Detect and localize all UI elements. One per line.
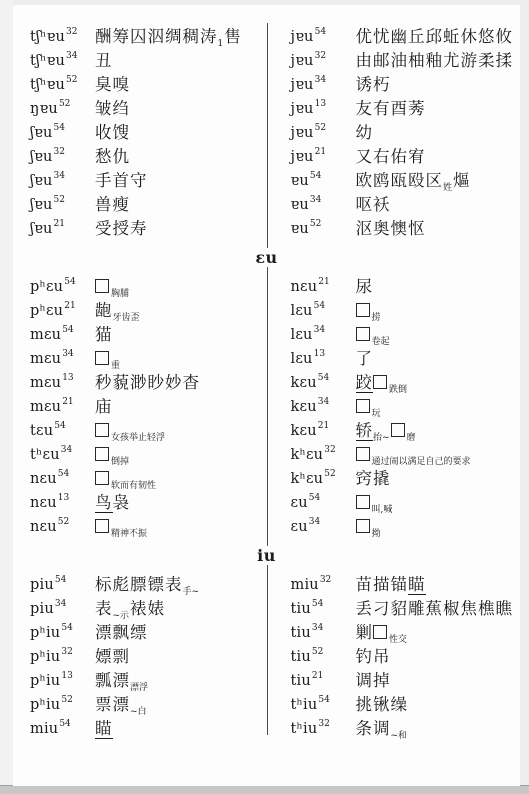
tone-number: 52 bbox=[54, 195, 65, 205]
gloss-note: ~白 bbox=[130, 707, 147, 717]
rhyme-header-eu-label: ɛu bbox=[247, 248, 285, 267]
gloss-note: 胸脯 bbox=[111, 289, 129, 299]
gloss-note: 女孩举止轻浮 bbox=[111, 433, 165, 443]
tone-number: 13 bbox=[62, 373, 73, 383]
entry-row: ʃɐu21受授寿 bbox=[30, 217, 267, 241]
undefined-character-box bbox=[356, 303, 370, 317]
entry-row: ɛu54叫,喊 bbox=[291, 491, 521, 515]
entry-row: ɐu34呕袄 bbox=[291, 193, 521, 217]
tone-number: 32 bbox=[324, 445, 335, 455]
entry-row: mɛu13秒藐渺眇妙杳 bbox=[30, 371, 267, 395]
phonetic-transcription: tiu54 bbox=[291, 597, 356, 621]
character-list: 剿性交 bbox=[356, 621, 409, 645]
character-list: 拗 bbox=[356, 515, 382, 539]
characters: 轿 bbox=[356, 421, 374, 441]
character-list: 条调~和 bbox=[356, 717, 409, 741]
phonetic-transcription: tiu21 bbox=[291, 669, 356, 693]
character-list: 沤奥懊怄 bbox=[356, 217, 426, 241]
entry-row: ʃɐu32愁仇 bbox=[30, 145, 267, 169]
characters: 剿 bbox=[356, 623, 374, 642]
tone-number: 54 bbox=[318, 373, 329, 383]
tone-number: 21 bbox=[312, 671, 323, 681]
phonetic-transcription: ŋɐu52 bbox=[30, 97, 95, 121]
undefined-character-box bbox=[373, 625, 387, 639]
phonetic-transcription: tʰɛu34 bbox=[30, 443, 95, 467]
undefined-character-box bbox=[356, 519, 370, 533]
tone-number: 21 bbox=[315, 147, 326, 157]
phonetic-transcription: pʰɛu54 bbox=[30, 275, 95, 299]
character-list: 受授寿 bbox=[95, 217, 148, 241]
entry-row: nɛu54软而有韧性 bbox=[30, 467, 267, 491]
character-list: 丑 bbox=[95, 49, 113, 73]
gloss-note: 磨 bbox=[407, 433, 416, 443]
tone-number: 52 bbox=[66, 75, 77, 85]
entry-row: tʃʰɐu32酬筹囚泅绸稠涛1售 bbox=[30, 25, 267, 49]
tone-number: 52 bbox=[312, 647, 323, 657]
gloss-note: ~示 bbox=[113, 611, 130, 621]
entry-row: ɐu52沤奥懊怄 bbox=[291, 217, 521, 241]
tone-number: 52 bbox=[324, 469, 335, 479]
entry-row: lɛu34卷起 bbox=[291, 323, 521, 347]
entry-row: nɛu13鸟袅 bbox=[30, 491, 267, 515]
tone-number: 52 bbox=[310, 219, 321, 229]
characters: 欧鸥瓯殴区 bbox=[356, 171, 444, 190]
scan-edge-right bbox=[520, 0, 529, 794]
rhyme-header-iu-label: iu bbox=[249, 546, 284, 565]
tone-number: 34 bbox=[66, 51, 77, 61]
phonetic-transcription: ɐu34 bbox=[291, 193, 356, 217]
phonetic-transcription: lɛu34 bbox=[291, 323, 356, 347]
tone-number: 54 bbox=[55, 575, 66, 585]
left-column: pʰɛu54胸脯pʰɛu21龅牙齿歪mɛu54猫mɛu34重mɛu13秒藐渺眇妙… bbox=[13, 275, 267, 539]
characters: 秒藐渺眇妙杳 bbox=[95, 373, 200, 392]
entry-row: kʰɛu32通过闹以满足自己的要求 bbox=[291, 443, 521, 467]
left-column: piu54标彪膘镖表手~piu34表~示裱婊pʰiu54漂飘缥pʰiu32嫖剽p… bbox=[13, 573, 267, 741]
phonetic-transcription: tʃʰɐu52 bbox=[30, 73, 95, 97]
tone-number: 34 bbox=[314, 325, 325, 335]
character-list: 捞 bbox=[356, 299, 382, 323]
characters: 尿 bbox=[356, 277, 374, 296]
entry-row: jɐu52幼 bbox=[291, 121, 521, 145]
characters: 调掉 bbox=[356, 671, 391, 690]
tone-number: 34 bbox=[61, 445, 72, 455]
undefined-character-box bbox=[373, 375, 387, 389]
entry-row: piu54标彪膘镖表手~ bbox=[30, 573, 267, 597]
rhyme-header-iu: iu bbox=[13, 545, 520, 567]
gloss-note: 姓 bbox=[443, 183, 452, 193]
character-list: 友有酉莠 bbox=[356, 97, 426, 121]
tone-number: 54 bbox=[62, 325, 73, 335]
character-list: 苗描锚瞄 bbox=[356, 573, 426, 597]
undefined-character-box bbox=[356, 327, 370, 341]
characters: 兽瘦 bbox=[95, 195, 130, 214]
character-list: 调掉 bbox=[356, 669, 391, 693]
tone-number: 54 bbox=[54, 123, 65, 133]
entry-row: ŋɐu52皱绉 bbox=[30, 97, 267, 121]
phonetic-transcription: miu54 bbox=[30, 717, 95, 741]
entry-row: tiu52钓吊 bbox=[291, 645, 521, 669]
phonetic-transcription: nɛu54 bbox=[30, 467, 95, 491]
rhyme-header-eu: ɛu bbox=[13, 247, 520, 269]
tone-number: 52 bbox=[61, 695, 72, 705]
characters: 售 bbox=[224, 27, 242, 46]
tone-number: 34 bbox=[315, 75, 326, 85]
characters: 诱朽 bbox=[356, 75, 391, 94]
characters: 酬筹囚泅绸稠涛 bbox=[95, 27, 218, 46]
characters: 由邮油柚釉尤游柔揉 bbox=[356, 51, 514, 70]
phonetic-transcription: tʰiu32 bbox=[291, 717, 356, 741]
character-list: 通过闹以满足自己的要求 bbox=[356, 443, 472, 467]
character-list: 卷起 bbox=[356, 323, 391, 347]
phonetic-transcription: pʰɛu21 bbox=[30, 299, 95, 323]
gloss-note: 跌倒 bbox=[389, 385, 407, 395]
gloss-note: 漂浮 bbox=[130, 683, 148, 693]
tone-number: 34 bbox=[318, 397, 329, 407]
phonetic-transcription: nɛu13 bbox=[30, 491, 95, 515]
tone-number: 54 bbox=[54, 421, 65, 431]
characters: 龅 bbox=[95, 301, 113, 320]
tone-number: 21 bbox=[318, 421, 329, 431]
phonetic-transcription: ɐu52 bbox=[291, 217, 356, 241]
characters: 漂飘缥 bbox=[95, 623, 148, 642]
character-list: 了 bbox=[356, 347, 374, 371]
phonetic-transcription: pʰiu54 bbox=[30, 621, 95, 645]
phonetic-transcription: kʰɛu32 bbox=[291, 443, 356, 467]
entry-row: kɛu54跤跌倒 bbox=[291, 371, 521, 395]
character-list: 诱朽 bbox=[356, 73, 391, 97]
gloss-note: 1 bbox=[218, 39, 224, 49]
phonetic-transcription: tiu52 bbox=[291, 645, 356, 669]
character-list: 呕袄 bbox=[356, 193, 391, 217]
gloss-note: 捞 bbox=[372, 313, 381, 323]
phonetic-transcription: miu32 bbox=[291, 573, 356, 597]
characters: 裱婊 bbox=[130, 599, 165, 618]
gloss-note: 通过闹以满足自己的要求 bbox=[372, 457, 471, 467]
character-list: 票漂~白 bbox=[95, 693, 148, 717]
phonetic-transcription: jɐu13 bbox=[291, 97, 356, 121]
entry-row: tʰiu54挑锹缲 bbox=[291, 693, 521, 717]
phonetic-transcription: kɛu54 bbox=[291, 371, 356, 395]
character-list: 幼 bbox=[356, 121, 374, 145]
tone-number: 13 bbox=[315, 99, 326, 109]
tone-number: 34 bbox=[312, 623, 323, 633]
phonetic-transcription: jɐu32 bbox=[291, 49, 356, 73]
phonetic-transcription: jɐu34 bbox=[291, 73, 356, 97]
phonetic-transcription: tʃʰɐu34 bbox=[30, 49, 95, 73]
phonetic-transcription: kʰɛu52 bbox=[291, 467, 356, 491]
characters: 愁仇 bbox=[95, 147, 130, 166]
gloss-note: 卷起 bbox=[372, 337, 390, 347]
tone-number: 21 bbox=[62, 397, 73, 407]
characters: 丢刁貂雕蕉椒焦樵瞧 bbox=[356, 599, 514, 618]
gloss-note: 叫,喊 bbox=[372, 505, 393, 515]
undefined-character-box bbox=[356, 495, 370, 509]
phonetic-transcription: tʃʰɐu32 bbox=[30, 25, 95, 49]
phonetic-transcription: ʃɐu21 bbox=[30, 217, 95, 241]
entry-row: tiu54丢刁貂雕蕉椒焦樵瞧 bbox=[291, 597, 521, 621]
entry-row: ɛu34拗 bbox=[291, 515, 521, 539]
phonetic-transcription: pʰiu32 bbox=[30, 645, 95, 669]
phonetic-transcription: pʰiu52 bbox=[30, 693, 95, 717]
tone-number: 34 bbox=[310, 195, 321, 205]
gloss-note: ~和 bbox=[391, 731, 408, 741]
entry-row: mɛu21庙 bbox=[30, 395, 267, 419]
phonetic-transcription: ɛu34 bbox=[291, 515, 356, 539]
gloss-note: 精神不振 bbox=[111, 529, 147, 539]
undefined-character-box bbox=[95, 279, 109, 293]
character-list: 庙 bbox=[95, 395, 113, 419]
undefined-character-box bbox=[95, 447, 109, 461]
tone-number: 54 bbox=[309, 493, 320, 503]
entry-row: mɛu54猫 bbox=[30, 323, 267, 347]
phonetic-transcription: lɛu54 bbox=[291, 299, 356, 323]
phonetic-transcription: ʃɐu34 bbox=[30, 169, 95, 193]
characters: 又右佑宥 bbox=[356, 147, 426, 166]
phonetic-transcription: ʃɐu52 bbox=[30, 193, 95, 217]
entry-row: tʃʰɐu34丑 bbox=[30, 49, 267, 73]
character-list: 挑锹缲 bbox=[356, 693, 409, 717]
entry-row: pʰiu32嫖剽 bbox=[30, 645, 267, 669]
tone-number: 34 bbox=[62, 349, 73, 359]
character-list: 嫖剽 bbox=[95, 645, 130, 669]
dictionary-page: tʃʰɐu32酬筹囚泅绸稠涛1售tʃʰɐu34丑tʃʰɐu52臭嗅ŋɐu52皱绉… bbox=[0, 0, 529, 794]
entry-row: tiu21调掉 bbox=[291, 669, 521, 693]
phonetic-transcription: nɛu21 bbox=[291, 275, 356, 299]
left-column: tʃʰɐu32酬筹囚泅绸稠涛1售tʃʰɐu34丑tʃʰɐu52臭嗅ŋɐu52皱绉… bbox=[13, 25, 267, 241]
entry-row: nɛu21尿 bbox=[291, 275, 521, 299]
tone-number: 54 bbox=[59, 719, 70, 729]
character-list: 女孩举止轻浮 bbox=[95, 419, 166, 443]
entry-row: pʰiu13瓢漂漂浮 bbox=[30, 669, 267, 693]
characters: 皱绉 bbox=[95, 99, 130, 118]
characters: 袅 bbox=[113, 493, 131, 512]
characters: 友有酉莠 bbox=[356, 99, 426, 118]
character-list: 龅牙齿歪 bbox=[95, 299, 141, 323]
undefined-character-box bbox=[95, 471, 109, 485]
character-list: 软而有韧性 bbox=[95, 467, 157, 491]
characters: 了 bbox=[356, 349, 374, 368]
tone-number: 32 bbox=[54, 147, 65, 157]
characters: 跤 bbox=[356, 373, 374, 393]
character-list: 丢刁貂雕蕉椒焦樵瞧 bbox=[356, 597, 514, 621]
entry-row: pʰɛu21龅牙齿歪 bbox=[30, 299, 267, 323]
characters: 挑锹缲 bbox=[356, 695, 409, 714]
gloss-note: 玩 bbox=[372, 409, 381, 419]
character-list: 皱绉 bbox=[95, 97, 130, 121]
undefined-character-box bbox=[356, 447, 370, 461]
characters: 丑 bbox=[95, 51, 113, 70]
phonetic-transcription: tɛu54 bbox=[30, 419, 95, 443]
entry-row: kʰɛu52窍撬 bbox=[291, 467, 521, 491]
tone-number: 21 bbox=[318, 277, 329, 287]
character-list: 玩 bbox=[356, 395, 382, 419]
tone-number: 34 bbox=[55, 599, 66, 609]
characters: 表 bbox=[95, 599, 113, 618]
character-list: 愁仇 bbox=[95, 145, 130, 169]
character-list: 重 bbox=[95, 347, 121, 371]
scan-edge-left bbox=[0, 0, 13, 794]
tone-number: 34 bbox=[54, 171, 65, 181]
entry-row: pʰiu52票漂~白 bbox=[30, 693, 267, 717]
phonetic-transcription: ɛu54 bbox=[291, 491, 356, 515]
right-column: miu32苗描锚瞄tiu54丢刁貂雕蕉椒焦樵瞧tiu34剿性交tiu52钓吊ti… bbox=[267, 573, 521, 741]
tone-number: 21 bbox=[64, 301, 75, 311]
character-list: 鸟袅 bbox=[95, 491, 130, 515]
tone-number: 54 bbox=[312, 599, 323, 609]
character-list: 手首守 bbox=[95, 169, 148, 193]
characters: 收馊 bbox=[95, 123, 130, 142]
entry-row: tiu34剿性交 bbox=[291, 621, 521, 645]
entry-row: lɛu13了 bbox=[291, 347, 521, 371]
gloss-note: 倒掉 bbox=[111, 457, 129, 467]
phonetic-transcription: mɛu54 bbox=[30, 323, 95, 347]
character-list: 瞄 bbox=[95, 717, 113, 741]
tone-number: 32 bbox=[66, 27, 77, 37]
undefined-character-box bbox=[391, 423, 405, 437]
gloss-note: 手~ bbox=[183, 587, 200, 597]
character-list: 秒藐渺眇妙杳 bbox=[95, 371, 200, 395]
section-au-continued: tʃʰɐu32酬筹囚泅绸稠涛1售tʃʰɐu34丑tʃʰɐu52臭嗅ŋɐu52皱绉… bbox=[13, 5, 520, 241]
phonetic-transcription: mɛu21 bbox=[30, 395, 95, 419]
characters: 猫 bbox=[95, 325, 113, 344]
character-list: 叫,喊 bbox=[356, 491, 394, 515]
phonetic-transcription: kɛu34 bbox=[291, 395, 356, 419]
character-list: 由邮油柚釉尤游柔揉 bbox=[356, 49, 514, 73]
tone-number: 13 bbox=[314, 349, 325, 359]
character-list: 胸脯 bbox=[95, 275, 130, 299]
entry-row: tʃʰɐu52臭嗅 bbox=[30, 73, 267, 97]
character-list: 酬筹囚泅绸稠涛1售 bbox=[95, 25, 242, 49]
characters: 瞄 bbox=[408, 575, 426, 595]
phonetic-transcription: lɛu13 bbox=[291, 347, 356, 371]
character-list: 表~示裱婊 bbox=[95, 597, 165, 621]
undefined-character-box bbox=[356, 399, 370, 413]
phonetic-transcription: pʰiu13 bbox=[30, 669, 95, 693]
character-list: 漂飘缥 bbox=[95, 621, 148, 645]
tone-number: 34 bbox=[309, 517, 320, 527]
entry-row: lɛu54捞 bbox=[291, 299, 521, 323]
gloss-note: 软而有韧性 bbox=[111, 481, 156, 491]
character-list: 倒掉 bbox=[95, 443, 130, 467]
characters: 票漂 bbox=[95, 695, 130, 714]
tone-number: 54 bbox=[310, 171, 321, 181]
entry-row: piu34表~示裱婊 bbox=[30, 597, 267, 621]
characters: 瓢漂 bbox=[95, 671, 130, 690]
gloss-note: 抬~ bbox=[373, 433, 390, 443]
phonetic-transcription: kɛu21 bbox=[291, 419, 356, 443]
tone-number: 54 bbox=[314, 301, 325, 311]
entry-row: pʰiu54漂飘缥 bbox=[30, 621, 267, 645]
tone-number: 52 bbox=[315, 123, 326, 133]
tone-number: 32 bbox=[315, 51, 326, 61]
characters: 优忧幽丘邱蚯休悠攸 bbox=[356, 27, 514, 46]
characters: 沤奥懊怄 bbox=[356, 219, 426, 238]
entry-row: miu32苗描锚瞄 bbox=[291, 573, 521, 597]
characters: 幼 bbox=[356, 123, 374, 142]
phonetic-transcription: ʃɐu54 bbox=[30, 121, 95, 145]
entry-row: jɐu13友有酉莠 bbox=[291, 97, 521, 121]
scan-edge-bottom bbox=[0, 785, 529, 794]
entry-row: tɛu54女孩举止轻浮 bbox=[30, 419, 267, 443]
tone-number: 52 bbox=[58, 517, 69, 527]
entry-row: jɐu32由邮油柚釉尤游柔揉 bbox=[291, 49, 521, 73]
undefined-character-box bbox=[95, 351, 109, 365]
section-iu: piu54标彪膘镖表手~piu34表~示裱婊pʰiu54漂飘缥pʰiu32嫖剽p… bbox=[13, 573, 520, 741]
tone-number: 32 bbox=[318, 719, 329, 729]
phonetic-transcription: mɛu13 bbox=[30, 371, 95, 395]
character-list: 欧鸥瓯殴区姓熰 bbox=[356, 169, 471, 193]
right-column: nɛu21尿lɛu54捞lɛu34卷起lɛu13了kɛu54跤跌倒kɛu34玩k… bbox=[267, 275, 521, 539]
phonetic-transcription: piu54 bbox=[30, 573, 95, 597]
characters: 苗描锚 bbox=[356, 575, 409, 594]
character-list: 臭嗅 bbox=[95, 73, 130, 97]
phonetic-transcription: ɐu54 bbox=[291, 169, 356, 193]
character-list: 标彪膘镖表手~ bbox=[95, 573, 200, 597]
character-list: 轿抬~磨 bbox=[356, 419, 417, 443]
gloss-note: 拗 bbox=[372, 529, 381, 539]
tone-number: 54 bbox=[64, 277, 75, 287]
character-list: 尿 bbox=[356, 275, 374, 299]
tone-number: 13 bbox=[58, 493, 69, 503]
tone-number: 54 bbox=[318, 695, 329, 705]
characters: 手首守 bbox=[95, 171, 148, 190]
characters: 熰 bbox=[453, 171, 471, 190]
phonetic-transcription: piu34 bbox=[30, 597, 95, 621]
entry-row: jɐu21又右佑宥 bbox=[291, 145, 521, 169]
character-list: 收馊 bbox=[95, 121, 130, 145]
character-list: 钓吊 bbox=[356, 645, 391, 669]
page-content: tʃʰɐu32酬筹囚泅绸稠涛1售tʃʰɐu34丑tʃʰɐu52臭嗅ŋɐu52皱绉… bbox=[13, 5, 520, 786]
entry-row: tʰɛu34倒掉 bbox=[30, 443, 267, 467]
undefined-character-box bbox=[95, 519, 109, 533]
phonetic-transcription: tʰiu54 bbox=[291, 693, 356, 717]
undefined-character-box bbox=[95, 423, 109, 437]
entry-row: nɛu52精神不振 bbox=[30, 515, 267, 539]
phonetic-transcription: jɐu21 bbox=[291, 145, 356, 169]
entry-row: ʃɐu52兽瘦 bbox=[30, 193, 267, 217]
characters: 庙 bbox=[95, 397, 113, 416]
characters: 钓吊 bbox=[356, 647, 391, 666]
entry-row: tʰiu32条调~和 bbox=[291, 717, 521, 741]
tone-number: 52 bbox=[59, 99, 70, 109]
entry-row: mɛu34重 bbox=[30, 347, 267, 371]
phonetic-transcription: nɛu52 bbox=[30, 515, 95, 539]
phonetic-transcription: tiu34 bbox=[291, 621, 356, 645]
character-list: 精神不振 bbox=[95, 515, 148, 539]
characters: 受授寿 bbox=[95, 219, 148, 238]
tone-number: 32 bbox=[320, 575, 331, 585]
characters: 臭嗅 bbox=[95, 75, 130, 94]
phonetic-transcription: jɐu54 bbox=[291, 25, 356, 49]
characters: 窍撬 bbox=[356, 469, 391, 488]
tone-number: 21 bbox=[54, 219, 65, 229]
character-list: 瓢漂漂浮 bbox=[95, 669, 149, 693]
tone-number: 54 bbox=[58, 469, 69, 479]
gloss-note: 牙齿歪 bbox=[113, 313, 140, 323]
characters: 条调 bbox=[356, 719, 391, 738]
characters: 呕袄 bbox=[356, 195, 391, 214]
entry-row: kɛu34玩 bbox=[291, 395, 521, 419]
entry-row: ɐu54欧鸥瓯殴区姓熰 bbox=[291, 169, 521, 193]
entry-row: kɛu21轿抬~磨 bbox=[291, 419, 521, 443]
entry-row: ʃɐu34手首守 bbox=[30, 169, 267, 193]
entry-row: ʃɐu54收馊 bbox=[30, 121, 267, 145]
entry-row: pʰɛu54胸脯 bbox=[30, 275, 267, 299]
section-eu: pʰɛu54胸脯pʰɛu21龅牙齿歪mɛu54猫mɛu34重mɛu13秒藐渺眇妙… bbox=[13, 275, 520, 539]
character-list: 猫 bbox=[95, 323, 113, 347]
characters: 标彪膘镖表 bbox=[95, 575, 183, 594]
characters: 嫖剽 bbox=[95, 647, 130, 666]
